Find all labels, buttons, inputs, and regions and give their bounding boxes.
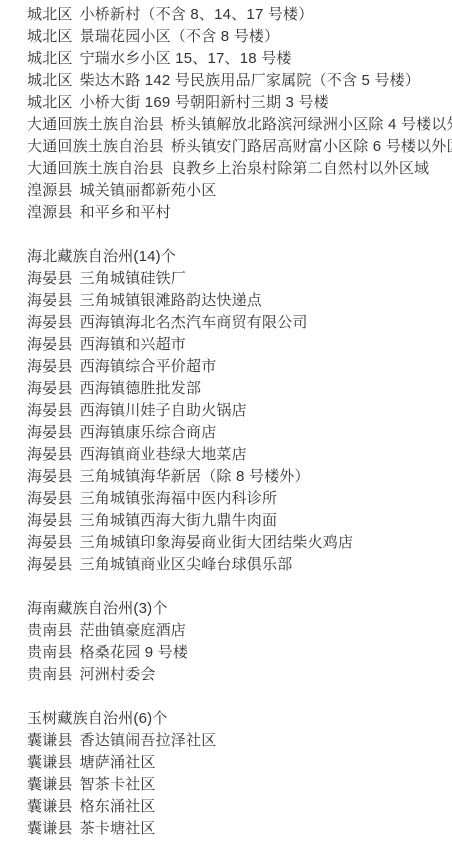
district-label: 海晏县: [27, 402, 73, 419]
district-label: 大通回族土族自治县: [27, 138, 164, 155]
place-label: 茶卡塘社区: [80, 820, 156, 837]
place-label: 茫曲镇豪庭酒店: [80, 622, 186, 639]
district-label: 囊谦县: [27, 776, 73, 793]
list-item: 海晏县三角城镇印象海晏商业街大团结柴火鸡店: [27, 532, 438, 554]
list-item: 海晏县西海镇川娃子自助火锅店: [27, 400, 438, 422]
place-label: 景瑞花园小区（不含 8 号楼）: [80, 28, 280, 45]
district-label: 城北区: [27, 28, 73, 45]
district-label: 海晏县: [27, 446, 73, 463]
list-item: 贵南县格桑花园 9 号楼: [27, 642, 438, 664]
district-label: 海晏县: [27, 512, 73, 529]
district-label: 城北区: [27, 50, 73, 67]
list-item: 贵南县河洲村委会: [27, 664, 438, 686]
list-item: 囊谦县香达镇闹吾拉泽社区: [27, 730, 438, 752]
place-label: 塘萨涌社区: [80, 754, 156, 771]
place-label: 桥头镇安门路居高财富小区除 6 号楼以外区域: [171, 138, 452, 155]
list-item: 囊谦县格东涌社区: [27, 796, 438, 818]
place-label: 智茶卡社区: [80, 776, 156, 793]
list-item: 湟源县和平乡和平村: [27, 202, 438, 224]
place-label: 三角城镇印象海晏商业街大团结柴火鸡店: [80, 534, 354, 551]
place-label: 小桥大街 169 号朝阳新村三期 3 号楼: [80, 94, 329, 111]
district-label: 海晏县: [27, 336, 73, 353]
list-item: 城北区宁瑞水乡小区 15、17、18 号楼: [27, 48, 438, 70]
district-label: 大通回族土族自治县: [27, 160, 164, 177]
district-label: 海晏县: [27, 424, 73, 441]
place-label: 三角城镇商业区尖峰台球俱乐部: [80, 556, 293, 573]
place-label: 桥头镇解放北路滨河绿洲小区除 4 号楼以外区域: [171, 116, 452, 133]
place-label: 宁瑞水乡小区 15、17、18 号楼: [80, 50, 292, 67]
place-label: 西海镇和兴超市: [80, 336, 186, 353]
district-label: 海晏县: [27, 468, 73, 485]
place-label: 河洲村委会: [80, 666, 156, 683]
district-label: 海晏县: [27, 314, 73, 331]
district-label: 海晏县: [27, 534, 73, 551]
place-label: 西海镇商业巷绿大地菜店: [80, 446, 247, 463]
list-item: 海晏县三角城镇张海福中医内科诊所: [27, 488, 438, 510]
place-label: 三角城镇硅铁厂: [80, 270, 186, 287]
list-item: 城北区柴达木路 142 号民族用品厂家属院（不含 5 号楼）: [27, 70, 438, 92]
list-item: 海晏县西海镇和兴超市: [27, 334, 438, 356]
section-haibei: 海北藏族自治州(14)个 海晏县三角城镇硅铁厂 海晏县三角城镇银滩路韵达快递点 …: [27, 246, 438, 576]
district-label: 湟源县: [27, 182, 73, 199]
place-label: 香达镇闹吾拉泽社区: [80, 732, 217, 749]
district-label: 海晏县: [27, 270, 73, 287]
district-label: 海晏县: [27, 380, 73, 397]
place-label: 三角城镇西海大街九鼎牛肉面: [80, 512, 278, 529]
section-xining: 城北区小桥新村（不含 8、14、17 号楼） 城北区景瑞花园小区（不含 8 号楼…: [27, 4, 438, 224]
list-item: 海晏县三角城镇银滩路韵达快递点: [27, 290, 438, 312]
district-label: 城北区: [27, 94, 73, 111]
place-label: 三角城镇海华新居（除 8 号楼外）: [80, 468, 310, 485]
district-label: 囊谦县: [27, 798, 73, 815]
district-label: 海晏县: [27, 292, 73, 309]
place-label: 柴达木路 142 号民族用品厂家属院（不含 5 号楼）: [80, 72, 420, 89]
district-label: 海晏县: [27, 556, 73, 573]
district-label: 城北区: [27, 72, 73, 89]
list-item: 囊谦县智茶卡社区: [27, 774, 438, 796]
district-label: 囊谦县: [27, 820, 73, 837]
section-header: 玉树藏族自治州(6)个: [27, 708, 438, 730]
district-label: 囊谦县: [27, 754, 73, 771]
place-label: 西海镇海北名杰汽车商贸有限公司: [80, 314, 308, 331]
list-item: 贵南县茫曲镇豪庭酒店: [27, 620, 438, 642]
list-item: 海晏县三角城镇海华新居（除 8 号楼外）: [27, 466, 438, 488]
list-item: 湟源县城关镇丽都新苑小区: [27, 180, 438, 202]
list-item: 城北区小桥大街 169 号朝阳新村三期 3 号楼: [27, 92, 438, 114]
place-label: 西海镇综合平价超市: [80, 358, 217, 375]
list-item: 海晏县西海镇综合平价超市: [27, 356, 438, 378]
list-item: 大通回族土族自治县良教乡上治泉村除第二自然村以外区域: [27, 158, 438, 180]
list-item: 大通回族土族自治县桥头镇解放北路滨河绿洲小区除 4 号楼以外区域: [27, 114, 438, 136]
district-label: 贵南县: [27, 622, 73, 639]
place-label: 城关镇丽都新苑小区: [80, 182, 217, 199]
list-item: 海晏县西海镇商业巷绿大地菜店: [27, 444, 438, 466]
section-header: 海南藏族自治州(3)个: [27, 598, 438, 620]
list-item: 海晏县西海镇康乐综合商店: [27, 422, 438, 444]
section-yushu: 玉树藏族自治州(6)个 囊谦县香达镇闹吾拉泽社区 囊谦县塘萨涌社区 囊谦县智茶卡…: [27, 708, 438, 840]
list-item: 城北区景瑞花园小区（不含 8 号楼）: [27, 26, 438, 48]
list-item: 海晏县三角城镇硅铁厂: [27, 268, 438, 290]
list-item: 囊谦县茶卡塘社区: [27, 818, 438, 840]
place-label: 格东涌社区: [80, 798, 156, 815]
list-item: 城北区小桥新村（不含 8、14、17 号楼）: [27, 4, 438, 26]
district-label: 海晏县: [27, 490, 73, 507]
place-label: 三角城镇银滩路韵达快递点: [80, 292, 262, 309]
district-label: 贵南县: [27, 666, 73, 683]
district-label: 城北区: [27, 6, 73, 23]
district-label: 海晏县: [27, 358, 73, 375]
place-label: 和平乡和平村: [80, 204, 171, 221]
place-label: 西海镇德胜批发部: [80, 380, 202, 397]
district-label: 大通回族土族自治县: [27, 116, 164, 133]
list-item: 海晏县西海镇海北名杰汽车商贸有限公司: [27, 312, 438, 334]
list-item: 大通回族土族自治县桥头镇安门路居高财富小区除 6 号楼以外区域: [27, 136, 438, 158]
risk-area-list: 城北区小桥新村（不含 8、14、17 号楼） 城北区景瑞花园小区（不含 8 号楼…: [0, 0, 452, 844]
district-label: 湟源县: [27, 204, 73, 221]
place-label: 三角城镇张海福中医内科诊所: [80, 490, 278, 507]
section-header: 海北藏族自治州(14)个: [27, 246, 438, 268]
list-item: 囊谦县塘萨涌社区: [27, 752, 438, 774]
place-label: 西海镇川娃子自助火锅店: [80, 402, 247, 419]
district-label: 贵南县: [27, 644, 73, 661]
district-label: 囊谦县: [27, 732, 73, 749]
list-item: 海晏县西海镇德胜批发部: [27, 378, 438, 400]
place-label: 良教乡上治泉村除第二自然村以外区域: [171, 160, 429, 177]
place-label: 西海镇康乐综合商店: [80, 424, 217, 441]
list-item: 海晏县三角城镇商业区尖峰台球俱乐部: [27, 554, 438, 576]
place-label: 格桑花园 9 号楼: [80, 644, 188, 661]
section-hainan: 海南藏族自治州(3)个 贵南县茫曲镇豪庭酒店 贵南县格桑花园 9 号楼 贵南县河…: [27, 598, 438, 686]
place-label: 小桥新村（不含 8、14、17 号楼）: [80, 6, 314, 23]
list-item: 海晏县三角城镇西海大街九鼎牛肉面: [27, 510, 438, 532]
